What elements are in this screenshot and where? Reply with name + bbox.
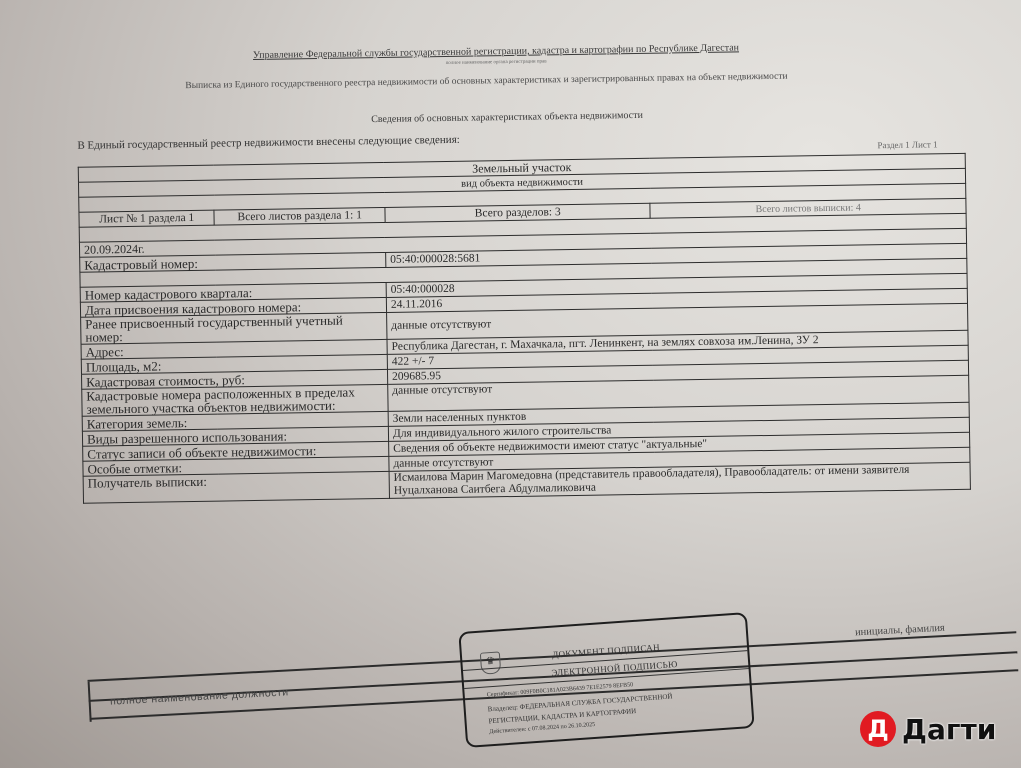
coat-of-arms-icon: ♛ [480,651,501,674]
section-sheet-label: Раздел 1 Лист 1 [877,139,937,150]
agency-name: Управление Федеральной службы государств… [201,42,791,62]
dagti-wordmark: Дагти [902,713,996,746]
dagti-watermark: Д Дагти [860,711,996,747]
section-title: Сведения об основных характеристиках объ… [297,109,717,127]
property-info-table: Земельный участок вид объекта недвижимос… [78,153,971,504]
intro-text: В Единый государственный реестр недвижим… [77,134,460,152]
field-label: Получатель выписки: [83,471,389,503]
agency-caption: полное наименование органа регистрации п… [386,58,606,66]
extract-title: Выписка из Единого государственного реес… [106,70,866,92]
dagti-logo-icon: Д [860,711,896,747]
electronic-signature-stamp: ♛ ДОКУМЕНТ ПОДПИСАН ЭЛЕКТРОННОЙ ПОДПИСЬЮ… [458,612,754,748]
